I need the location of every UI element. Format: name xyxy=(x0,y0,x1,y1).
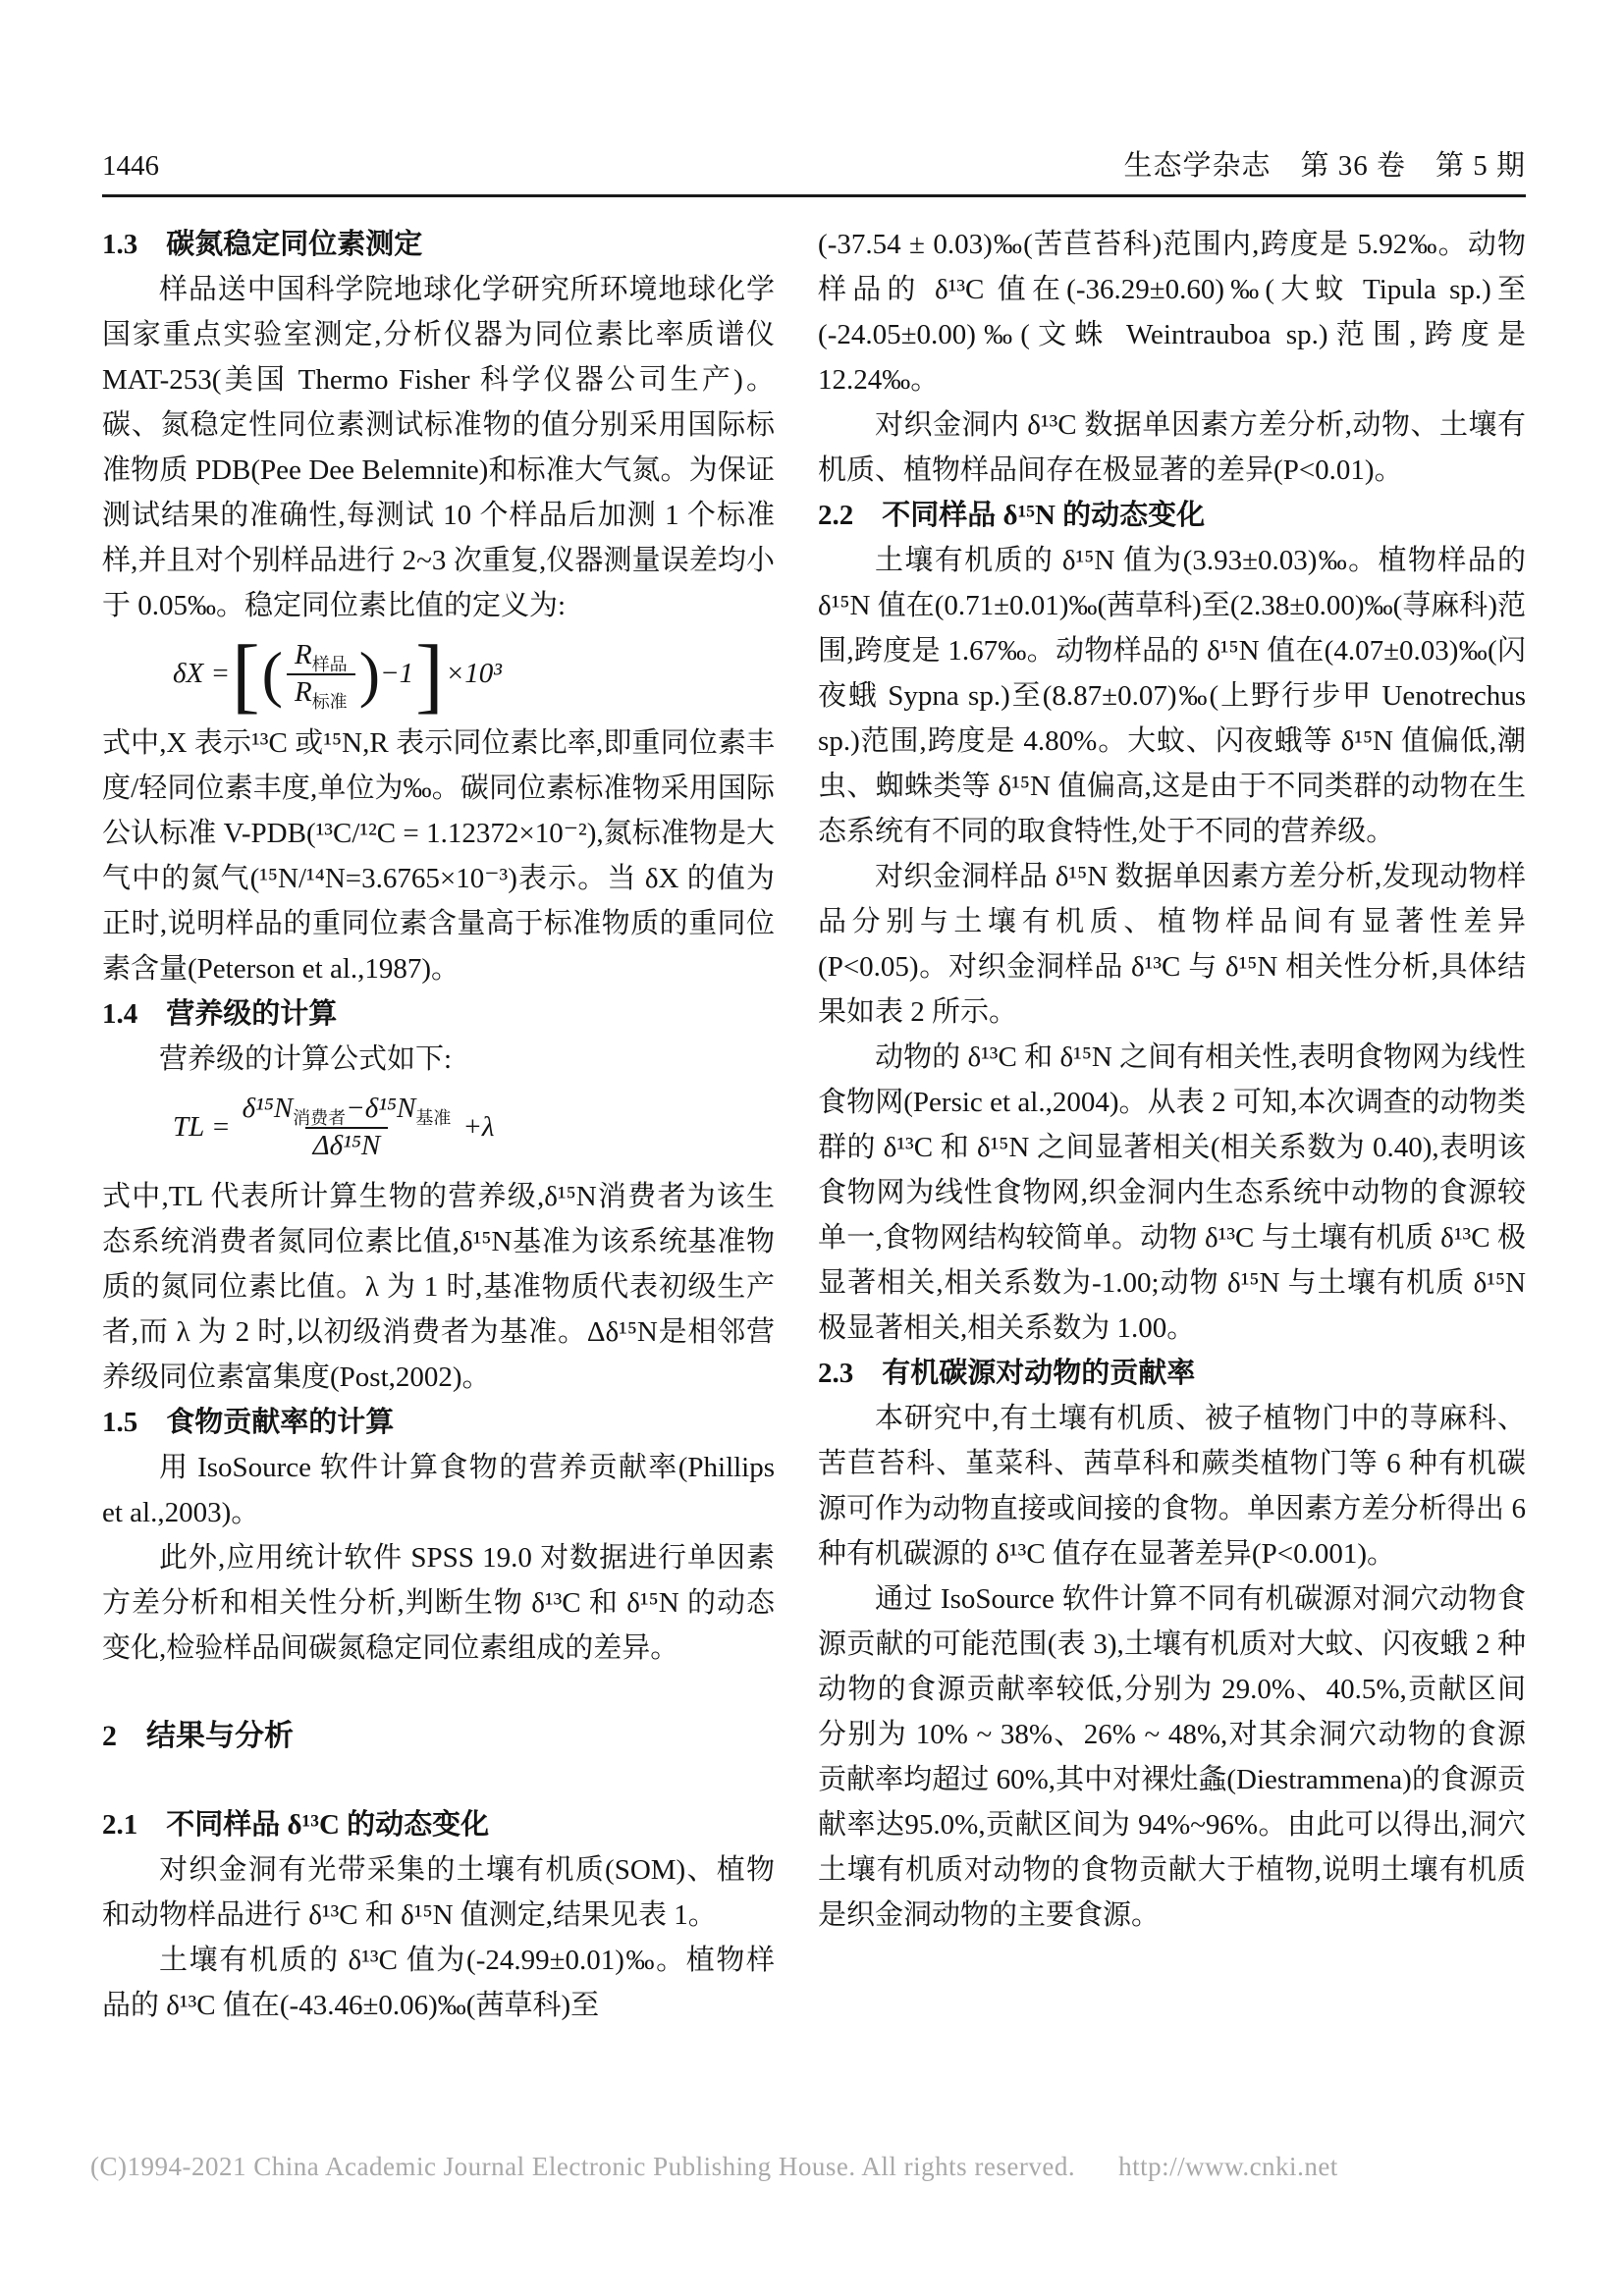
consumer-subscript: 消费者 xyxy=(293,1108,346,1128)
page-number: 1446 xyxy=(102,149,159,183)
baseline-subscript: 基准 xyxy=(415,1108,451,1128)
formula-trophic-level: TL = δ¹⁵N消费者−δ¹⁵N基准 Δδ¹⁵N +λ xyxy=(173,1092,775,1164)
cnki-url: http://www.cnki.net xyxy=(1118,2152,1338,2182)
section-heading-2-3: 2.3 有机碳源对动物的贡献率 xyxy=(818,1351,1526,1396)
formula-delta-x: δX = [ ( R样品 R标准 ) −1 ] ×10³ xyxy=(173,638,775,711)
paragraph-methods-isotope: 样品送中国科学院地球化学研究所环境地球化学国家重点实验室测定,分析仪器为同位素比… xyxy=(102,267,775,628)
article-body: 1.3 碳氮稳定同位素测定 样品送中国科学院地球化学研究所环境地球化学国家重点实… xyxy=(102,222,1526,2028)
journal-info: 生态学杂志 第 36 卷 第 5 期 xyxy=(1123,149,1526,183)
paragraph-contribution: 通过 IsoSource 软件计算不同有机碳源对洞穴动物食源贡献的可能范围(表 … xyxy=(818,1576,1526,1938)
formula-lhs: TL = xyxy=(173,1112,231,1144)
times-ten-cubed: ×10³ xyxy=(446,659,502,690)
paragraph-d13c-values-cont: (-37.54 ± 0.03)‰(苦苣苔科)范围内,跨度是 5.92‰。动物样品… xyxy=(818,222,1526,402)
fraction-numerator: R样品 xyxy=(287,638,355,673)
paragraph-carbon-sources: 本研究中,有土壤有机质、被子植物门中的荨麻科、苦苣苔科、堇菜科、茜草科和蕨类植物… xyxy=(818,1396,1526,1576)
section-heading-2: 2 结果与分析 xyxy=(102,1714,775,1759)
formula-lhs: δX = xyxy=(173,659,230,690)
paragraph-d13c-intro: 对织金洞有光带采集的土壤有机质(SOM)、植物和动物样品进行 δ¹³C 和 δ¹… xyxy=(102,1847,775,1938)
plus-lambda: +λ xyxy=(462,1112,494,1144)
fraction-numerator: δ¹⁵N消费者−δ¹⁵N基准 xyxy=(235,1092,460,1127)
paragraph-d15n-anova: 对织金洞样品 δ¹⁵N 数据单因素方差分析,发现动物样品分别与土壤有机质、植物样… xyxy=(818,854,1526,1035)
paragraph-trophic-intro: 营养级的计算公式如下: xyxy=(102,1037,775,1082)
delta15n-baseline-symbol: δ¹⁵N xyxy=(365,1093,416,1124)
page-footer: (C)1994-2021 China Academic Journal Elec… xyxy=(90,2152,1526,2182)
journal-page: 1446 生态学杂志 第 36 卷 第 5 期 1.3 碳氮稳定同位素测定 样品… xyxy=(0,0,1624,2296)
right-column: (-37.54 ± 0.03)‰(苦苣苔科)范围内,跨度是 5.92‰。动物样品… xyxy=(818,222,1526,2028)
fraction-denominator: R标准 xyxy=(287,673,355,711)
fraction-denominator: Δδ¹⁵N xyxy=(305,1127,389,1164)
fraction-r-ratio: R样品 R标准 xyxy=(287,638,355,711)
copyright-text: (C)1994-2021 China Academic Journal Elec… xyxy=(90,2152,1075,2182)
paragraph-spss: 此外,应用统计软件 SPSS 19.0 对数据进行单因素方差分析和相关性分析,判… xyxy=(102,1535,775,1671)
section-heading-1-5: 1.5 食物贡献率的计算 xyxy=(102,1400,775,1445)
r-sample-symbol: R xyxy=(295,639,312,670)
section-heading-1-3: 1.3 碳氮稳定同位素测定 xyxy=(102,222,775,267)
r-standard-subscript: 标准 xyxy=(312,692,348,712)
minus-one: −1 xyxy=(380,659,413,690)
section-heading-1-4: 1.4 营养级的计算 xyxy=(102,991,775,1037)
paragraph-d13c-anova: 对织金洞内 δ¹³C 数据单因素方差分析,动物、土壤有机质、植物样品间存在极显著… xyxy=(818,402,1526,493)
paragraph-d13c-values: 土壤有机质的 δ¹³C 值为(-24.99±0.01)‰。植物样品的 δ¹³C … xyxy=(102,1938,775,2028)
paragraph-correlation: 动物的 δ¹³C 和 δ¹⁵N 之间有相关性,表明食物网为线性食物网(Persi… xyxy=(818,1035,1526,1351)
section-heading-2-1: 2.1 不同样品 δ¹³C 的动态变化 xyxy=(102,1802,775,1847)
section-heading-2-2: 2.2 不同样品 δ¹⁵N 的动态变化 xyxy=(818,493,1526,538)
page-header: 1446 生态学杂志 第 36 卷 第 5 期 xyxy=(102,149,1526,197)
fraction-delta-n: δ¹⁵N消费者−δ¹⁵N基准 Δδ¹⁵N xyxy=(235,1092,460,1164)
paragraph-isosource: 用 IsoSource 软件计算食物的营养贡献率(Phillips et al.… xyxy=(102,1445,775,1535)
left-column: 1.3 碳氮稳定同位素测定 样品送中国科学院地球化学研究所环境地球化学国家重点实… xyxy=(102,222,775,2028)
paragraph-formula-explain: 式中,X 表示¹³C 或¹⁵N,R 表示同位素比率,即重同位素丰度/轻同位素丰度… xyxy=(102,721,775,991)
paragraph-d15n-values: 土壤有机质的 δ¹⁵N 值为(3.93±0.03)‰。植物样品的 δ¹⁵N 值在… xyxy=(818,538,1526,854)
paragraph-tl-explain: 式中,TL 代表所计算生物的营养级,δ¹⁵N消费者为该生态系统消费者氮同位素比值… xyxy=(102,1174,775,1400)
r-standard-symbol: R xyxy=(295,676,312,708)
delta15n-consumer-symbol: δ¹⁵N xyxy=(243,1093,294,1124)
minus-sign: − xyxy=(346,1093,365,1124)
r-sample-subscript: 样品 xyxy=(312,655,348,674)
